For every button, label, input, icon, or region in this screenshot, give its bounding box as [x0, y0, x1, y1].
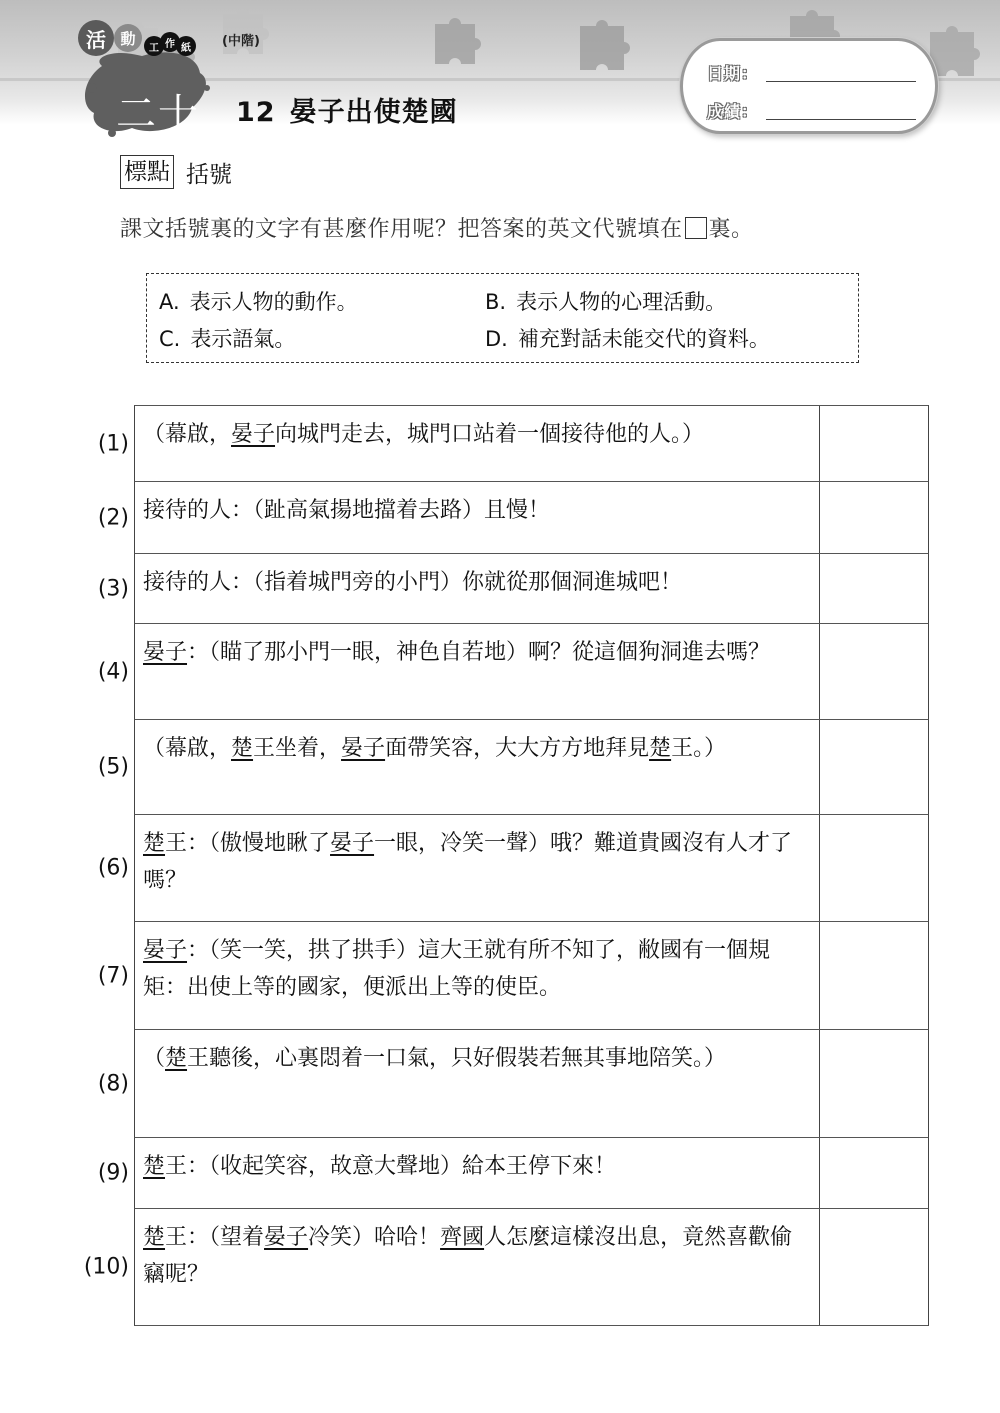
option-letter: D.	[485, 327, 508, 351]
score-row: 成績：	[707, 99, 916, 122]
answer-cell[interactable]	[820, 1138, 928, 1208]
proper-noun-underlined: 晏子	[231, 422, 275, 447]
answer-cell[interactable]	[820, 815, 928, 921]
section-category-box: 標點	[120, 155, 174, 189]
question-number: (10)	[71, 1255, 129, 1280]
activity-badge: 活 動 工 作 紙 二十	[72, 18, 222, 143]
table-row: (2)接待的人：（趾高氣揚地擋着去路）且慢！	[134, 481, 929, 553]
answer-cell[interactable]	[820, 720, 928, 814]
answer-box-icon	[685, 217, 707, 239]
text-segment: （幕啟，	[143, 736, 231, 761]
puzzle-piece-icon	[570, 12, 650, 82]
question-number: (9)	[71, 1161, 129, 1186]
question-number: (1)	[71, 431, 129, 456]
questions-table: (1)（幕啟，晏子向城門走去，城門口站着一個接待他的人。）(2)接待的人：（趾高…	[134, 405, 929, 1326]
question-text: （楚王聽後，心裏悶着一口氣，只好假裝若無其事地陪笑。）	[135, 1030, 820, 1137]
question-text: （幕啟，晏子向城門走去，城門口站着一個接待他的人。）	[135, 406, 820, 481]
option-text: 表示人物的心理活動。	[516, 290, 726, 314]
proper-noun-underlined: 楚	[649, 736, 671, 761]
question-number: (8)	[71, 1071, 129, 1096]
question-text: 楚王：（望着晏子冷笑）哈哈！齊國人怎麼這樣沒出息，竟然喜歡偷竊呢？	[135, 1209, 820, 1325]
lesson-name: 晏子出使楚國	[290, 97, 458, 128]
text-segment: 王：（收起笑容，故意大聲地）給本王停下來！	[165, 1154, 616, 1179]
text-segment: 王。）	[671, 736, 726, 761]
text-segment: 接待的人：（趾高氣揚地擋着去路）且慢！	[143, 498, 550, 523]
text-segment: 冷笑）哈哈！	[308, 1225, 440, 1250]
text-segment: ：（笑一笑，拱了拱手）這大王就有所不知了，敝國有一個規矩：出使上等的國家，便派出…	[143, 938, 770, 1000]
option-letter: A.	[159, 290, 180, 314]
lesson-title: 12晏子出使楚國	[236, 90, 458, 129]
answer-cell[interactable]	[820, 1209, 928, 1325]
proper-noun-underlined: 楚	[231, 736, 253, 761]
option-text: 補充對話未能交代的資料。	[518, 327, 770, 351]
text-segment: 接待的人：（指着城門旁的小門）你就從那個洞進城吧！	[143, 570, 682, 595]
text-segment: （幕啟，	[143, 422, 231, 447]
lesson-number: 12	[236, 97, 276, 128]
score-label: 成績：	[707, 99, 758, 122]
proper-noun-underlined: 楚	[143, 831, 165, 856]
date-row: 日期：	[707, 61, 916, 84]
proper-noun-underlined: 楚	[143, 1154, 165, 1179]
question-text: 接待的人：（趾高氣揚地擋着去路）且慢！	[135, 482, 820, 553]
score-card: 日期： 成績：	[680, 38, 938, 134]
text-segment: ：（瞄了那小門一眼，神色自若地）啊？從這個狗洞進去嗎？	[187, 640, 770, 665]
level-tag: (中階)	[222, 30, 260, 49]
date-label: 日期：	[707, 61, 758, 84]
answer-cell[interactable]	[820, 624, 928, 719]
text-segment: （	[143, 1046, 165, 1071]
question-text: 楚王：（傲慢地瞅了晏子一眼，冷笑一聲）哦？難道貴國沒有人才了嗎？	[135, 815, 820, 921]
table-row: (5)（幕啟，楚王坐着，晏子面帶笑容，大大方方地拜見楚王。）	[134, 719, 929, 814]
answer-cell[interactable]	[820, 922, 928, 1029]
option-a: A.表示人物的動作。	[159, 286, 358, 316]
worksheet-number: 二十	[116, 82, 200, 139]
answer-cell[interactable]	[820, 482, 928, 553]
text-segment: 面帶笑容，大大方方地拜見	[385, 736, 649, 761]
option-d: D.補充對話未能交代的資料。	[485, 323, 770, 353]
proper-noun-underlined: 齊國	[440, 1225, 484, 1250]
instruction-after: 裏。	[709, 217, 754, 242]
score-field[interactable]	[766, 119, 916, 120]
question-text: 晏子：（瞄了那小門一眼，神色自若地）啊？從這個狗洞進去嗎？	[135, 624, 820, 719]
instruction-before: 課文括號裏的文字有甚麼作用呢？把答案的英文代號填在	[120, 217, 683, 242]
badge-char-huo: 活	[78, 20, 114, 56]
text-segment: 王聽後，心裏悶着一口氣，只好假裝若無其事地陪笑。）	[187, 1046, 726, 1071]
text-segment: 王：（傲慢地瞅了	[165, 831, 330, 856]
question-number: (3)	[71, 576, 129, 601]
proper-noun-underlined: 晏子	[341, 736, 385, 761]
date-field[interactable]	[766, 81, 916, 82]
section-title: 括號	[186, 156, 232, 189]
option-text: 表示人物的動作。	[190, 290, 358, 314]
table-row: (3)接待的人：（指着城門旁的小門）你就從那個洞進城吧！	[134, 553, 929, 623]
table-row: (6)楚王：（傲慢地瞅了晏子一眼，冷笑一聲）哦？難道貴國沒有人才了嗎？	[134, 814, 929, 921]
table-row: (4)晏子：（瞄了那小門一眼，神色自若地）啊？從這個狗洞進去嗎？	[134, 623, 929, 719]
question-number: (6)	[71, 856, 129, 881]
proper-noun-underlined: 楚	[143, 1225, 165, 1250]
instruction-text: 課文括號裏的文字有甚麼作用呢？把答案的英文代號填在裏。	[120, 212, 754, 243]
table-row: (10)楚王：（望着晏子冷笑）哈哈！齊國人怎麼這樣沒出息，竟然喜歡偷竊呢？	[134, 1208, 929, 1326]
question-number: (7)	[71, 963, 129, 988]
badge-char-zhi: 紙	[176, 36, 196, 56]
table-row: (8)（楚王聽後，心裏悶着一口氣，只好假裝若無其事地陪笑。）	[134, 1029, 929, 1137]
table-row: (9)楚王：（收起笑容，故意大聲地）給本王停下來！	[134, 1137, 929, 1208]
text-segment: 向城門走去，城門口站着一個接待他的人。）	[275, 422, 704, 447]
options-box: A.表示人物的動作。 B.表示人物的心理活動。 C.表示語氣。 D.補充對話未能…	[146, 273, 859, 363]
proper-noun-underlined: 晏子	[330, 831, 374, 856]
puzzle-piece-icon	[425, 10, 495, 80]
table-row: (7)晏子：（笑一笑，拱了拱手）這大王就有所不知了，敝國有一個規矩：出使上等的國…	[134, 921, 929, 1029]
option-b: B.表示人物的心理活動。	[485, 286, 726, 316]
question-text: 接待的人：（指着城門旁的小門）你就從那個洞進城吧！	[135, 554, 820, 623]
option-text: 表示語氣。	[190, 327, 295, 351]
question-text: 晏子：（笑一笑，拱了拱手）這大王就有所不知了，敝國有一個規矩：出使上等的國家，便…	[135, 922, 820, 1029]
text-segment: 王坐着，	[253, 736, 341, 761]
question-number: (2)	[71, 505, 129, 530]
proper-noun-underlined: 楚	[165, 1046, 187, 1071]
option-c: C.表示語氣。	[159, 323, 295, 353]
table-row: (1)（幕啟，晏子向城門走去，城門口站着一個接待他的人。）	[134, 405, 929, 481]
question-number: (4)	[71, 659, 129, 684]
proper-noun-underlined: 晏子	[143, 640, 187, 665]
text-segment: 王：（望着	[165, 1225, 264, 1250]
proper-noun-underlined: 晏子	[143, 938, 187, 963]
question-text: 楚王：（收起笑容，故意大聲地）給本王停下來！	[135, 1138, 820, 1208]
answer-cell[interactable]	[820, 554, 928, 623]
answer-cell[interactable]	[820, 1030, 928, 1137]
option-letter: C.	[159, 327, 180, 351]
question-number: (5)	[71, 755, 129, 780]
proper-noun-underlined: 晏子	[264, 1225, 308, 1250]
answer-cell[interactable]	[820, 406, 928, 481]
badge-char-dong: 動	[114, 24, 142, 52]
section-heading: 標點 括號	[120, 155, 232, 189]
option-letter: B.	[485, 290, 506, 314]
question-text: （幕啟，楚王坐着，晏子面帶笑容，大大方方地拜見楚王。）	[135, 720, 820, 814]
